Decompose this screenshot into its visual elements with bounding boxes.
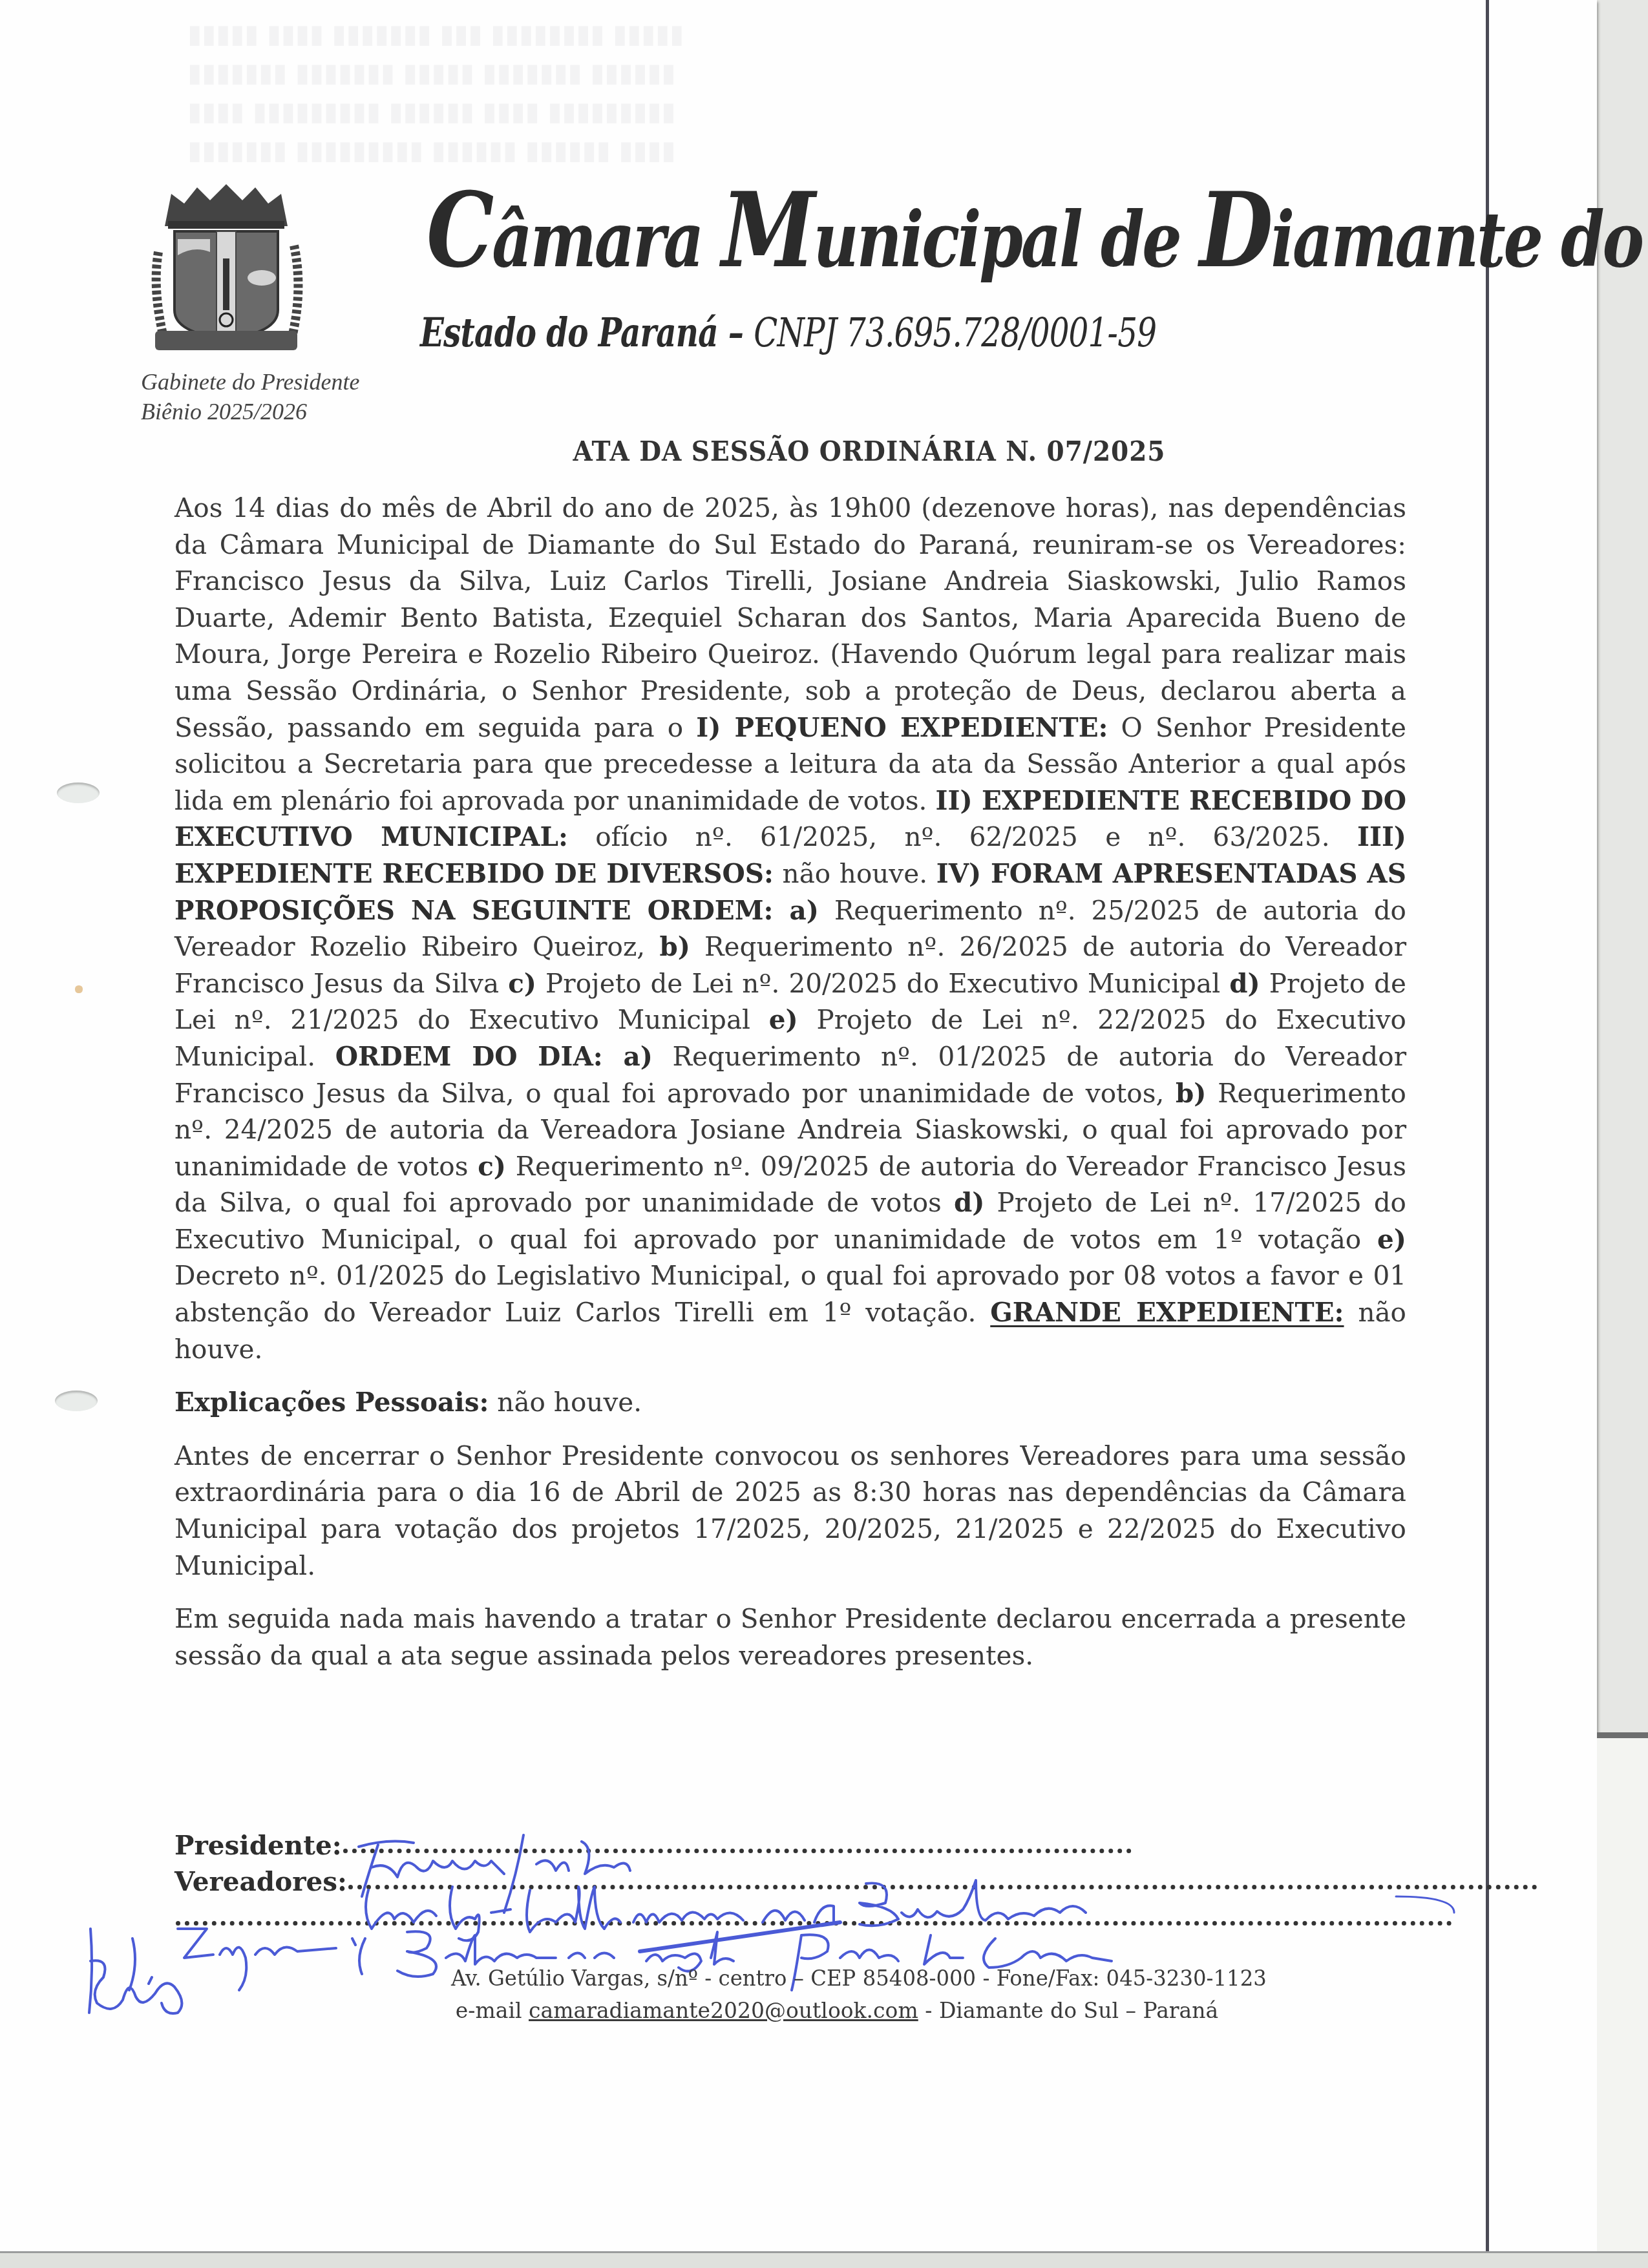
signature-block: Presidente: Vereadores: bbox=[174, 1830, 1467, 1938]
bleed-through-text: ▮▮▮▮ ▮▮▮▮▮▮▮▮▮ ▮▮▮▮▮▮ ▮▮▮▮ ▮▮▮▮▮▮▮▮▮ bbox=[187, 97, 675, 127]
minutes-section-heading: ORDEM DO DIA: a) bbox=[335, 1041, 653, 1072]
minutes-text-run: não houve. bbox=[774, 858, 936, 889]
councilors-signature-line-2 bbox=[174, 1902, 1467, 1938]
bleed-through-text: ▮▮▮▮▮▮▮ ▮▮▮▮▮▮▮▮▮ ▮▮▮▮▮▮ ▮▮▮▮▮▮ ▮▮▮▮ bbox=[187, 136, 675, 165]
title-initial: D bbox=[1199, 169, 1271, 291]
address-text: Av. Getúlio Vargas, s/nº - centro – CEP … bbox=[451, 1966, 1267, 1991]
state-cnpj-subtitle: Estado do Paraná – CNPJ 73.695.728/0001-… bbox=[420, 309, 1156, 356]
minutes-section-heading: d) bbox=[954, 1187, 984, 1218]
personal-explanations-value: não houve. bbox=[489, 1387, 642, 1418]
title-part: iamante do bbox=[1271, 194, 1648, 284]
office-name: Gabinete do Presidente bbox=[141, 367, 360, 397]
email-label: e-mail bbox=[456, 1998, 529, 2023]
scanner-bottom-edge bbox=[0, 2251, 1648, 2268]
minutes-text-run: Projeto de Lei nº. 20/2025 do Executivo … bbox=[536, 968, 1229, 999]
minutes-section-heading: d) bbox=[1229, 968, 1260, 999]
municipal-coat-of-arms-icon bbox=[139, 181, 313, 355]
footer-contact: e-mail camaradiamante2020@outlook.com - … bbox=[0, 1998, 1648, 2023]
scanner-edge-line bbox=[1597, 1732, 1648, 1738]
closing-paragraph: Em seguida nada mais havendo a tratar o … bbox=[174, 1601, 1406, 1674]
cnpj-number: CNPJ 73.695.728/0001-59 bbox=[754, 309, 1156, 356]
personal-explanations-label: Explicações Pessoais: bbox=[174, 1387, 489, 1418]
location-text: - Diamante do Sul – Paraná bbox=[918, 1998, 1218, 2023]
title-initial: C bbox=[427, 169, 492, 291]
president-signature-line: Presidente: bbox=[174, 1830, 1467, 1866]
minutes-main-paragraph: Aos 14 dias do mês de Abril do ano de 20… bbox=[174, 490, 1406, 1367]
office-info: Gabinete do Presidente Biênio 2025/2026 bbox=[141, 367, 360, 426]
minutes-section-heading: e) bbox=[1377, 1224, 1406, 1255]
president-label: Presidente: bbox=[174, 1830, 342, 1861]
title-initial: M bbox=[722, 169, 814, 291]
minutes-section-heading: c) bbox=[508, 968, 536, 999]
punch-hole-icon bbox=[55, 1391, 98, 1411]
bleed-through-text: ▮▮▮▮▮▮▮ ▮▮▮▮▮▮▮ ▮▮▮▮▮ ▮▮▮▮▮▮▮ ▮▮▮▮▮▮ bbox=[187, 58, 675, 88]
personal-explanations: Explicações Pessoais: não houve. bbox=[174, 1384, 1406, 1421]
minutes-section-heading: b) bbox=[1176, 1078, 1206, 1109]
title-part: âmara bbox=[492, 194, 721, 284]
minutes-section-heading: c) bbox=[478, 1151, 506, 1182]
minutes-text-run: Aos 14 dias do mês de Abril do ano de 20… bbox=[174, 492, 1406, 743]
signature-dotted-line bbox=[176, 1921, 1452, 1926]
minutes-body: Aos 14 dias do mês de Abril do ano de 20… bbox=[174, 490, 1406, 1674]
state-name: Estado do Paraná – bbox=[420, 309, 754, 356]
punch-hole-icon bbox=[57, 782, 100, 803]
bleed-through-text: ▮▮▮▮▮ ▮▮▮▮ ▮▮▮▮▮▮▮ ▮▮▮ ▮▮▮▮▮▮▮▮ ▮▮▮▮▮ bbox=[187, 19, 684, 49]
page-border-line bbox=[1486, 0, 1489, 2251]
document-title-text: ATA DA SESSÃO ORDINÁRIA N. 07/2025 bbox=[573, 436, 1166, 467]
email-link[interactable]: camaradiamante2020@outlook.com bbox=[529, 1998, 918, 2023]
paper-speck bbox=[75, 985, 83, 993]
convocation-paragraph: Antes de encerrar o Senhor Presidente co… bbox=[174, 1438, 1406, 1584]
councilors-signature-line: Vereadores: bbox=[174, 1866, 1467, 1902]
signature-dotted-line bbox=[348, 1885, 1537, 1889]
minutes-section-heading: GRANDE EXPEDIENTE: bbox=[990, 1297, 1344, 1328]
minutes-section-heading: e) bbox=[769, 1004, 798, 1035]
signature-dotted-line bbox=[343, 1849, 1132, 1853]
councilors-label: Vereadores: bbox=[174, 1866, 347, 1897]
minutes-section-heading: b) bbox=[659, 931, 690, 962]
minutes-text-run: ofício nº. 61/2025, nº. 62/2025 e nº. 63… bbox=[568, 821, 1357, 852]
biennium: Biênio 2025/2026 bbox=[141, 397, 360, 426]
minutes-section-heading: I) PEQUENO EXPEDIENTE: bbox=[696, 712, 1108, 743]
document-title: ATA DA SESSÃO ORDINÁRIA N. 07/2025 bbox=[0, 436, 1648, 467]
council-name-heading: Câmara Municipal de Diamante do Sul bbox=[427, 169, 1200, 291]
title-part: unicipal de bbox=[814, 194, 1199, 284]
footer-address: Av. Getúlio Vargas, s/nº - centro – CEP … bbox=[17, 1966, 1632, 1991]
